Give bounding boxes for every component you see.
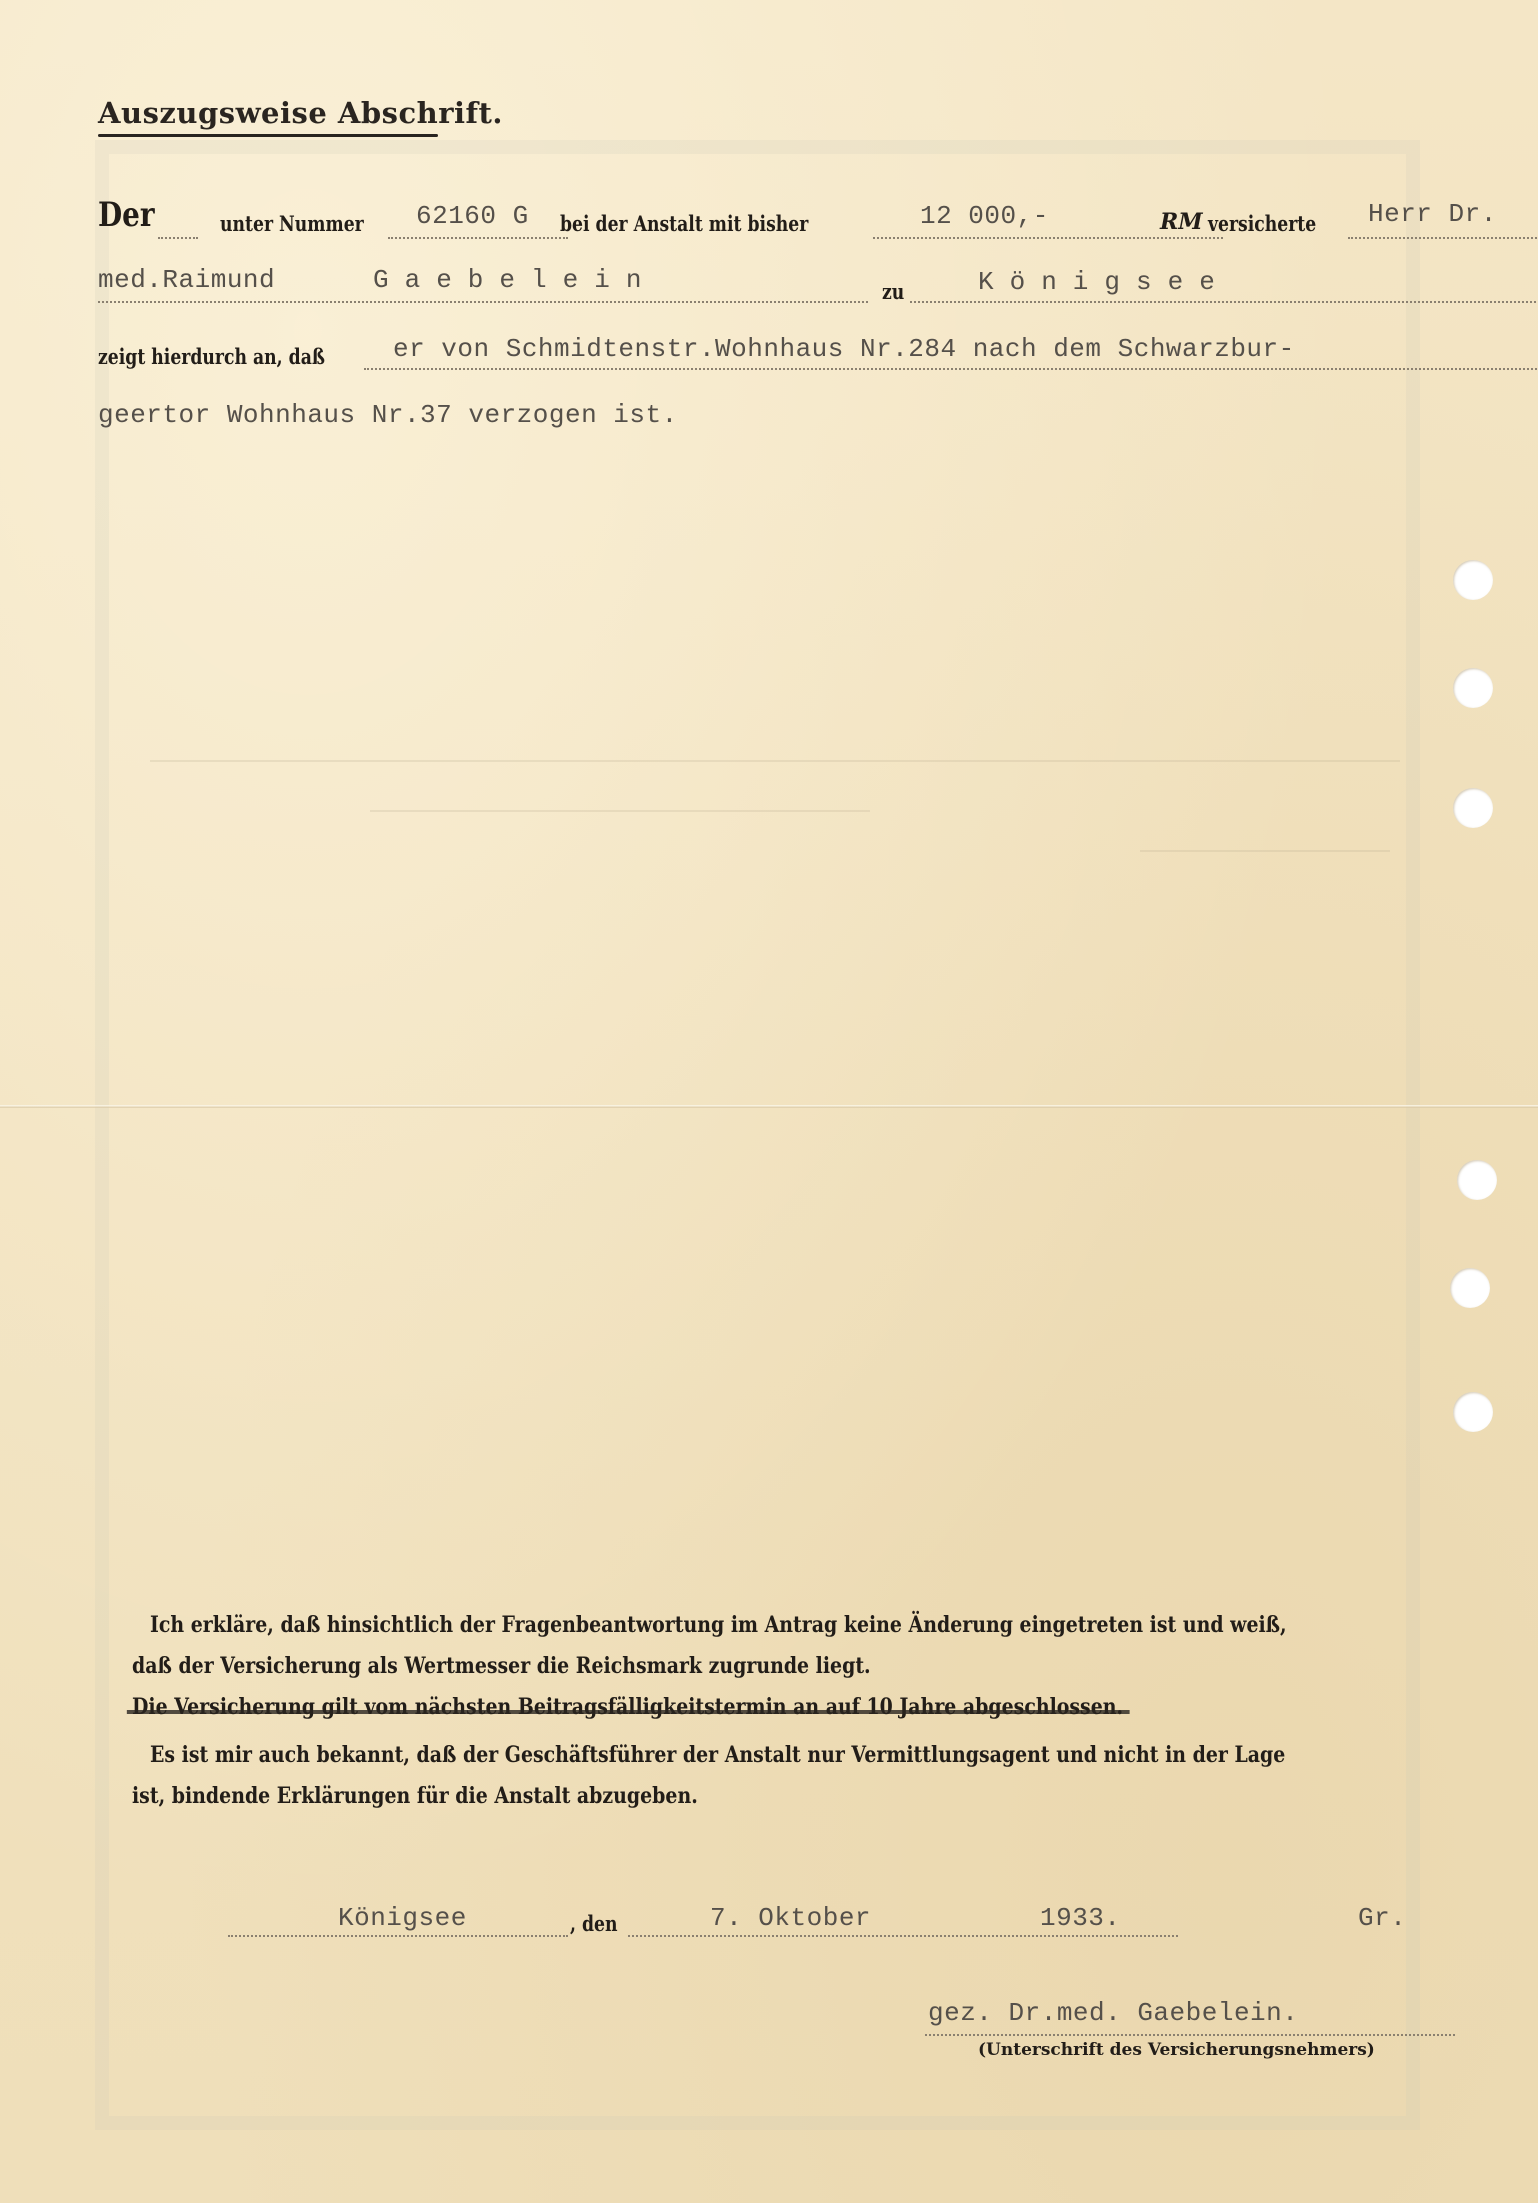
label-notice: zeigt hierdurch an, daß — [98, 344, 325, 369]
dotted-fill — [158, 237, 198, 239]
punch-hole — [1450, 1268, 1490, 1308]
declaration-line: daß der Versicherung als Wertmesser die … — [132, 1646, 1274, 1687]
move-to-line: geertor Wohnhaus Nr.37 verzogen ist. — [98, 400, 1458, 440]
insured-name-last: Gaebelein — [373, 265, 657, 295]
document-title: Auszugsweise Abschrift. — [98, 96, 503, 130]
show-through-line — [150, 760, 1400, 762]
signing-place: Königsee — [338, 1903, 467, 1933]
policy-line: Der unter Nummer 62160 G bei der Anstalt… — [98, 205, 1458, 245]
dotted-fill — [873, 237, 1223, 239]
clerk-initials: Gr. — [1358, 1903, 1406, 1933]
punch-hole — [1453, 668, 1493, 708]
show-through-line — [370, 810, 870, 812]
dotted-fill — [388, 237, 568, 239]
label-number: unter Nummer — [220, 211, 364, 236]
title-underline — [98, 134, 438, 137]
dotted-fill — [925, 2034, 1455, 2036]
dotted-fill — [1348, 237, 1538, 239]
move-from-text: er von Schmidtenstr.Wohnhaus Nr.284 nach… — [393, 334, 1295, 364]
signature-line: gez. Dr.med. Gaebelein. — [925, 1998, 1455, 2038]
show-through-line — [1140, 850, 1390, 852]
dotted-fill — [628, 1935, 1178, 1937]
typed-signature: gez. Dr.med. Gaebelein. — [928, 1998, 1298, 2028]
date-line: Königsee , den 7. Oktober 1933. Gr. — [228, 1905, 1428, 1945]
agent-paragraph: Es ist mir auch bekannt, daß der Geschäf… — [150, 1735, 1460, 1817]
policy-number: 62160 G — [416, 201, 529, 231]
struck-clause: Die Versicherung gilt vom nächsten Beitr… — [132, 1687, 1123, 1728]
dotted-fill — [98, 301, 868, 303]
label-insured: versicherte — [1208, 211, 1316, 236]
currency-symbol: RM — [1160, 209, 1203, 235]
label-at: zu — [882, 279, 904, 304]
insured-title: Herr Dr. — [1368, 199, 1497, 229]
dotted-fill — [910, 301, 1538, 303]
insured-amount: 12 000,- — [920, 201, 1049, 231]
name-line: med.Raimund Gaebelein zu Königsee — [98, 265, 1458, 305]
punch-hole — [1453, 1392, 1493, 1432]
agent-line: Es ist mir auch bekannt, daß der Geschäf… — [150, 1735, 1277, 1776]
signing-year: 1933. — [1040, 1903, 1121, 1933]
declaration-line: Ich erkläre, daß hinsichtlich der Fragen… — [150, 1605, 1277, 1646]
dotted-fill — [228, 1935, 568, 1937]
signing-day-month: 7. Oktober — [710, 1903, 871, 1933]
punch-hole — [1453, 788, 1493, 828]
move-to-text: geertor Wohnhaus Nr.37 verzogen ist. — [98, 400, 678, 430]
punch-hole — [1457, 1160, 1497, 1200]
line-prefix: Der — [98, 195, 155, 235]
notice-line: zeigt hierdurch an, daß er von Schmidten… — [98, 338, 1458, 378]
residence-place: Königsee — [978, 267, 1231, 297]
label-den: , den — [570, 1911, 618, 1936]
punch-hole — [1453, 560, 1493, 600]
declaration-paragraph: Ich erkläre, daß hinsichtlich der Fragen… — [150, 1605, 1460, 1728]
signature-caption: (Unterschrift des Versicherungsnehmers) — [978, 2040, 1375, 2060]
label-institution: bei der Anstalt mit bisher — [560, 211, 808, 236]
dotted-fill — [364, 368, 1538, 370]
insured-name-first: med.Raimund — [98, 265, 275, 295]
paper-fold-crease — [0, 1105, 1538, 1108]
agent-line: ist, bindende Erklärungen für die Anstal… — [132, 1776, 1274, 1817]
